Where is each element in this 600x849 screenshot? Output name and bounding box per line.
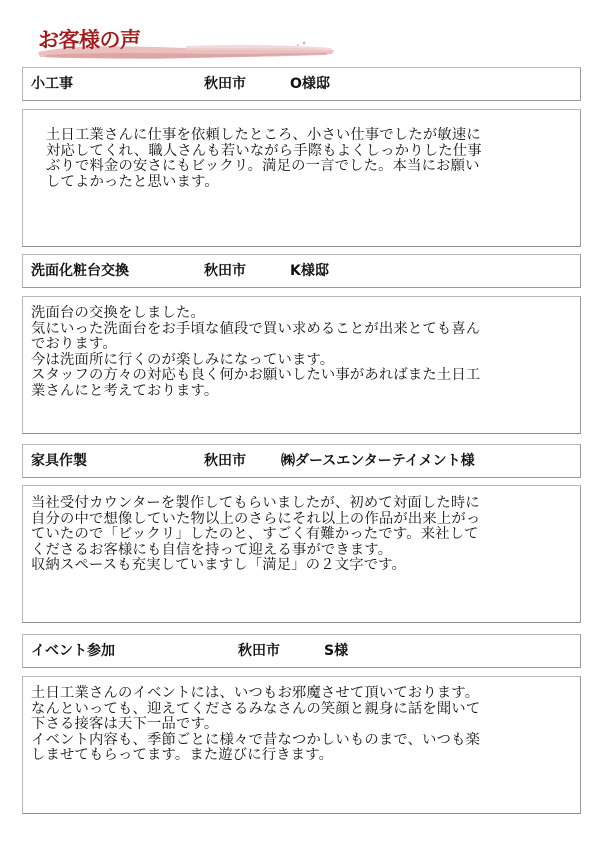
- page-title-banner: お客様の声: [30, 18, 340, 64]
- testimonial-city: 秋田市: [204, 76, 246, 92]
- testimonial-category: イベント参加: [31, 643, 115, 659]
- testimonial-body: 当社受付カウンターを製作してもらいましたが、初めて対面した時に 自分の中で想像し…: [22, 485, 581, 623]
- testimonial-body: 洗面台の交換をしました。 気にいった洗面台をお手頃な値段で買い求めることが出来と…: [22, 296, 581, 434]
- testimonial-text: 土日工業さんのイベントには、いつもお邪魔させて頂いております。 なんといっても、…: [31, 686, 480, 764]
- testimonial-category: 小工事: [31, 76, 73, 92]
- testimonial-header: 洗面化粧台交換 秋田市 K様邸: [22, 254, 581, 288]
- testimonial-customer: S様: [324, 643, 348, 659]
- testimonial-header: イベント参加 秋田市 S様: [22, 634, 581, 668]
- testimonial-customer: O様邸: [290, 76, 330, 92]
- testimonial-body: 土日工業さんのイベントには、いつもお邪魔させて頂いております。 なんといっても、…: [22, 676, 581, 814]
- page-title: お客様の声: [38, 24, 141, 54]
- testimonial-city: 秋田市: [238, 643, 280, 659]
- testimonial-header: 小工事 秋田市 O様邸: [22, 67, 581, 101]
- testimonial-header: 家具作製 秋田市 ㈱ダースエンターテイメント様: [22, 444, 581, 478]
- testimonial-customer: K様邸: [290, 263, 329, 279]
- testimonial-body: 土日工業さんに仕事を依頼したところ、小さい仕事でしたが敏速に 対応してくれ、職人…: [22, 109, 581, 247]
- testimonial-city: 秋田市: [204, 453, 246, 469]
- testimonial-category: 家具作製: [31, 453, 87, 469]
- testimonial-customer: ㈱ダースエンターテイメント様: [281, 453, 475, 469]
- testimonial-text: 土日工業さんに仕事を依頼したところ、小さい仕事でしたが敏速に 対応してくれ、職人…: [46, 128, 482, 190]
- testimonial-category: 洗面化粧台交換: [31, 263, 129, 279]
- testimonial-city: 秋田市: [204, 263, 246, 279]
- testimonial-text: 当社受付カウンターを製作してもらいましたが、初めて対面した時に 自分の中で想像し…: [31, 496, 480, 574]
- testimonial-text: 洗面台の交換をしました。 気にいった洗面台をお手頃な値段で買い求めることが出来と…: [31, 306, 480, 399]
